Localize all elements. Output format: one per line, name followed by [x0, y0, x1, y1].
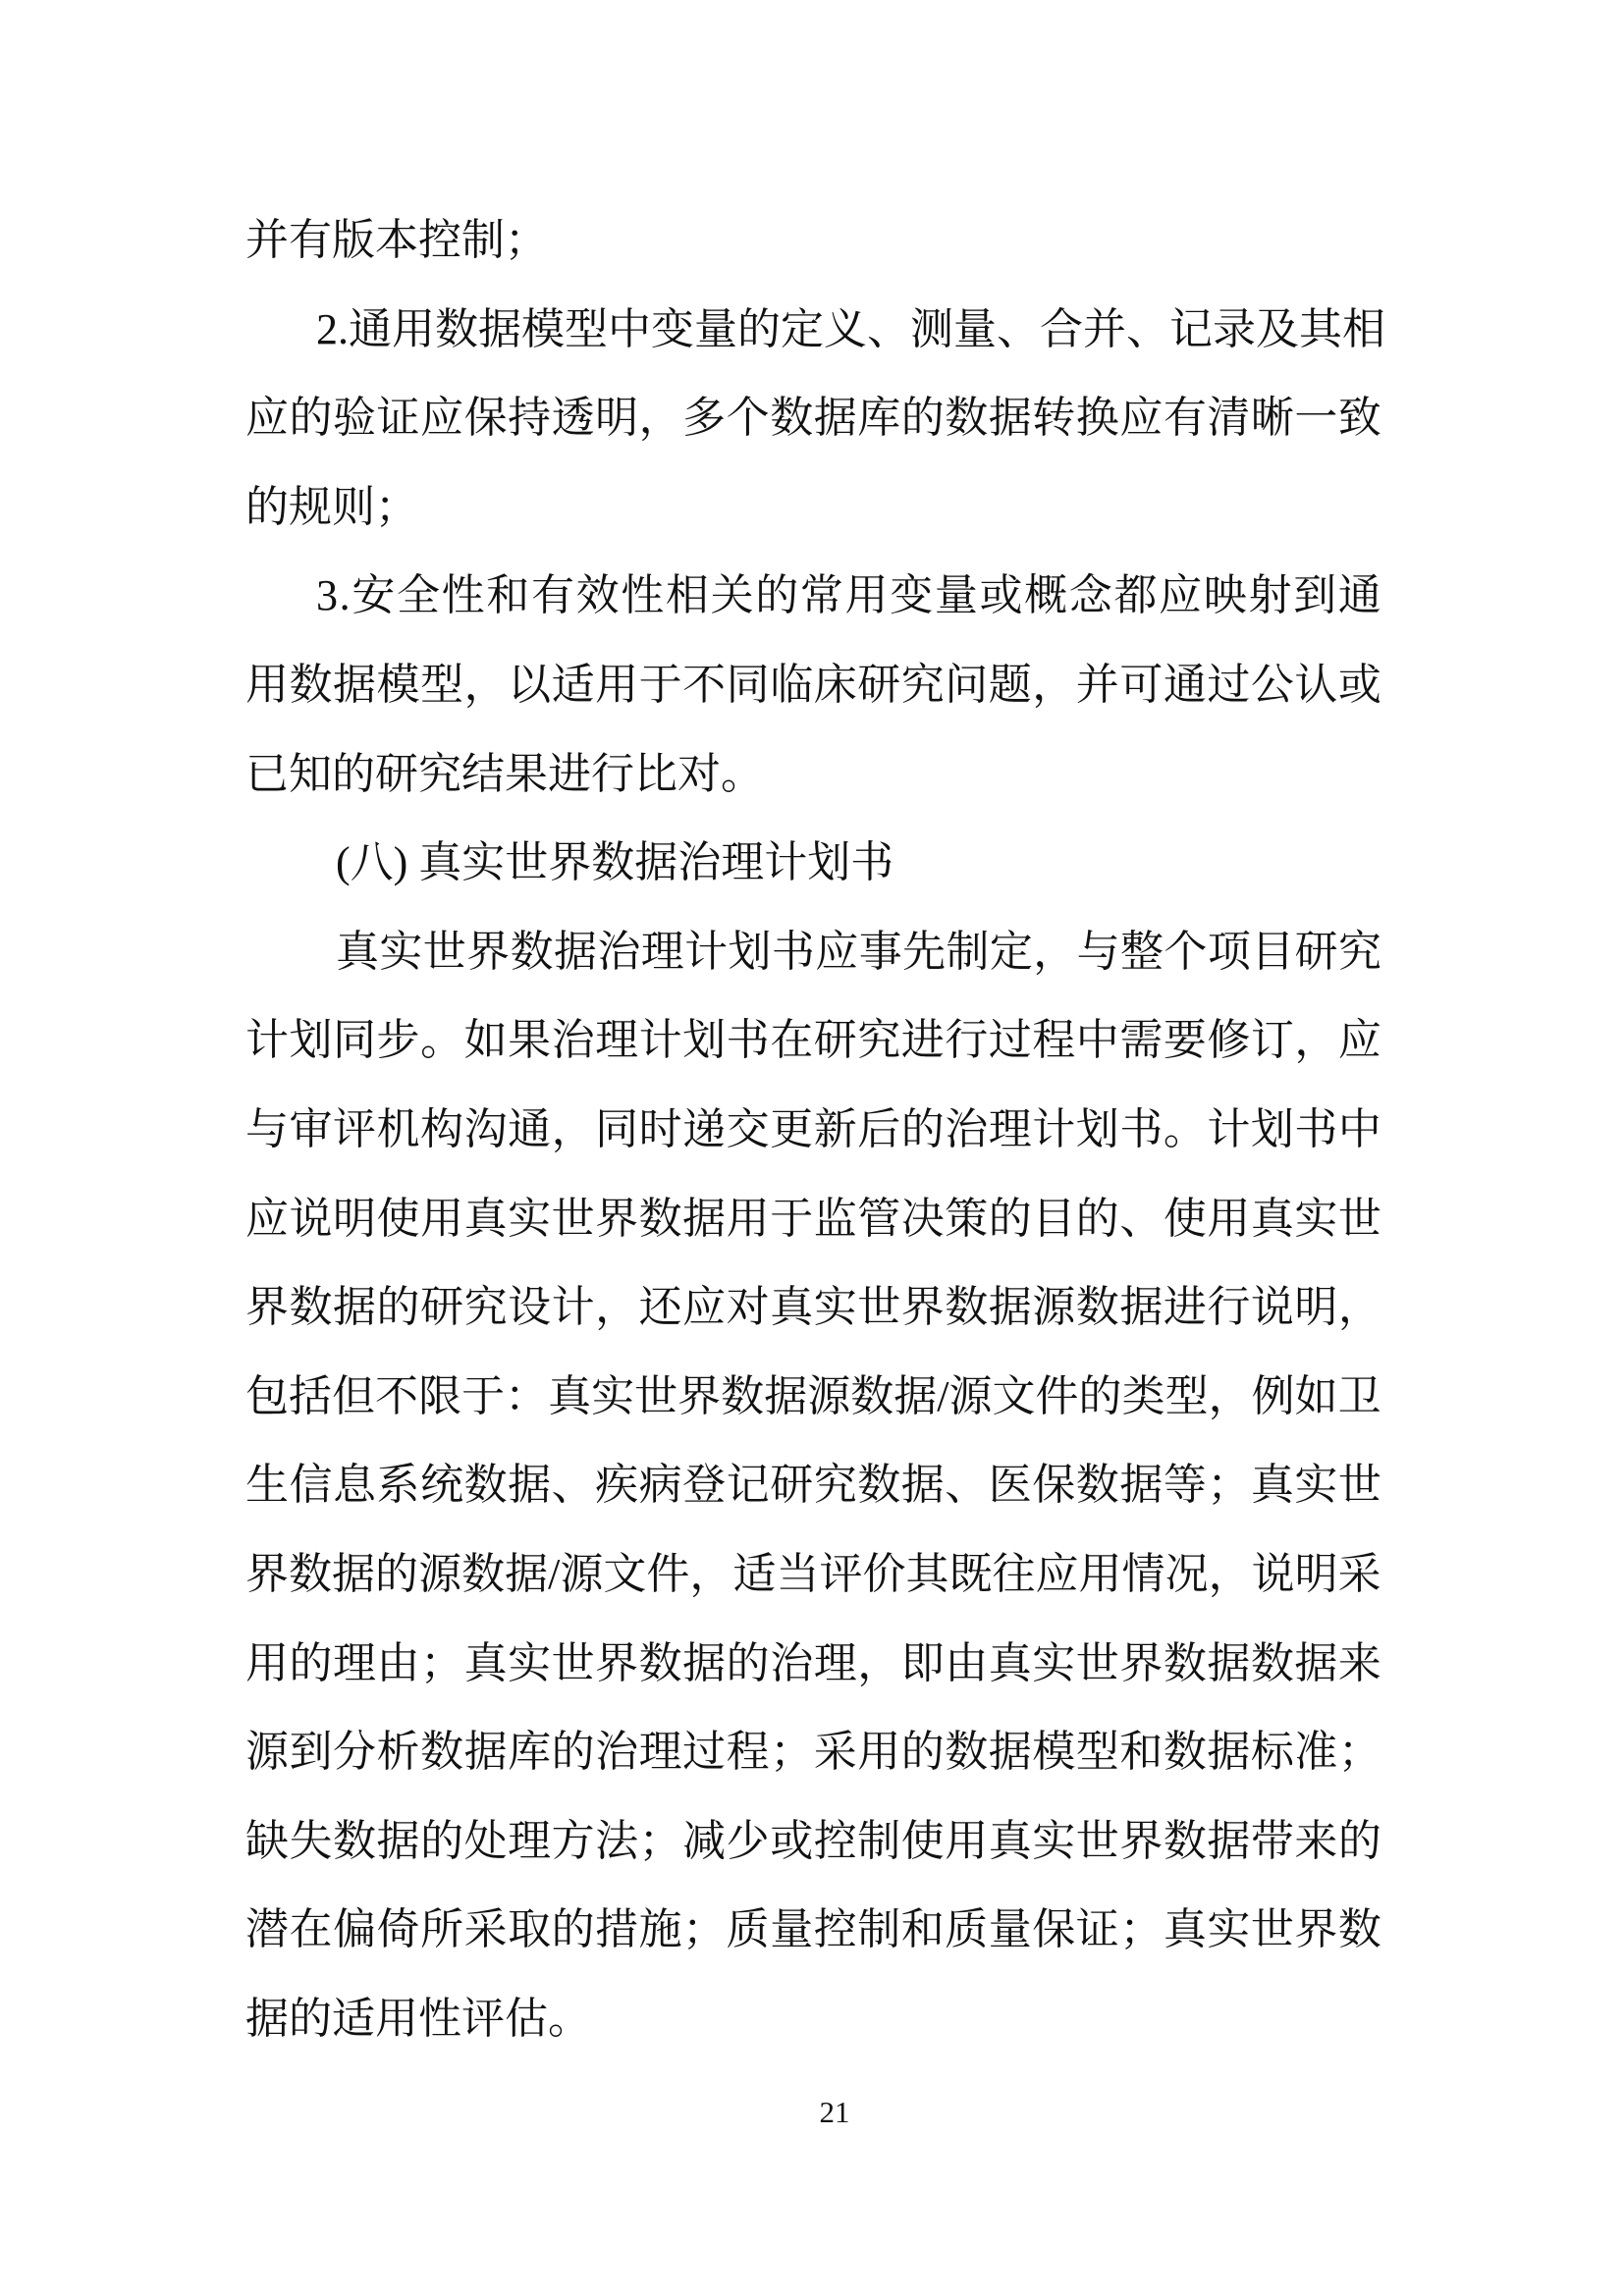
text-line: 生信息系统数据、疾病登记研究数据、医保数据等；真实世: [245, 1441, 1381, 1530]
document-body: 并有版本控制；2.通用数据模型中变量的定义、测量、合并、记录及其相应的验证应保持…: [245, 196, 1381, 2063]
text-line: 并有版本控制；: [245, 196, 1381, 286]
text-line: 应的验证应保持透明，多个数据库的数据转换应有清晰一致: [245, 374, 1381, 463]
text-line: 用的理由；真实世界数据的治理，即由真实世界数据数据来: [245, 1620, 1381, 1709]
text-line: 界数据的研究设计，还应对真实世界数据源数据进行说明，: [245, 1263, 1381, 1353]
page-number: 21: [776, 2093, 893, 2132]
text-line: 据的适用性评估。: [245, 1975, 1381, 2064]
text-line: 2.通用数据模型中变量的定义、测量、合并、记录及其相: [245, 286, 1381, 375]
text-line: 计划同步。如果治理计划书在研究进行过程中需要修订，应: [245, 996, 1381, 1086]
text-line: 应说明使用真实世界数据用于监管决策的目的、使用真实世: [245, 1175, 1381, 1264]
text-line: 缺失数据的处理方法；减少或控制使用真实世界数据带来的: [245, 1797, 1381, 1887]
text-line: 潜在偏倚所采取的措施；质量控制和质量保证；真实世界数: [245, 1886, 1381, 1975]
text-line: (八) 真实世界数据治理计划书: [245, 819, 1381, 908]
text-line: 用数据模型，以适用于不同临床研究问题，并可通过公认或: [245, 641, 1381, 730]
document-page: 并有版本控制；2.通用数据模型中变量的定义、测量、合并、记录及其相应的验证应保持…: [0, 0, 1624, 2296]
text-line: 3.安全性和有效性相关的常用变量或概念都应映射到通: [245, 552, 1381, 641]
text-line: 界数据的源数据/源文件，适当评价其既往应用情况，说明采: [245, 1530, 1381, 1620]
text-line: 与审评机构沟通，同时递交更新后的治理计划书。计划书中: [245, 1086, 1381, 1175]
text-line: 已知的研究结果进行比对。: [245, 730, 1381, 820]
text-line: 源到分析数据库的治理过程；采用的数据模型和数据标准；: [245, 1708, 1381, 1797]
text-line: 真实世界数据治理计划书应事先制定，与整个项目研究: [245, 908, 1381, 997]
text-line: 包括但不限于：真实世界数据源数据/源文件的类型，例如卫: [245, 1353, 1381, 1442]
text-line: 的规则；: [245, 463, 1381, 553]
